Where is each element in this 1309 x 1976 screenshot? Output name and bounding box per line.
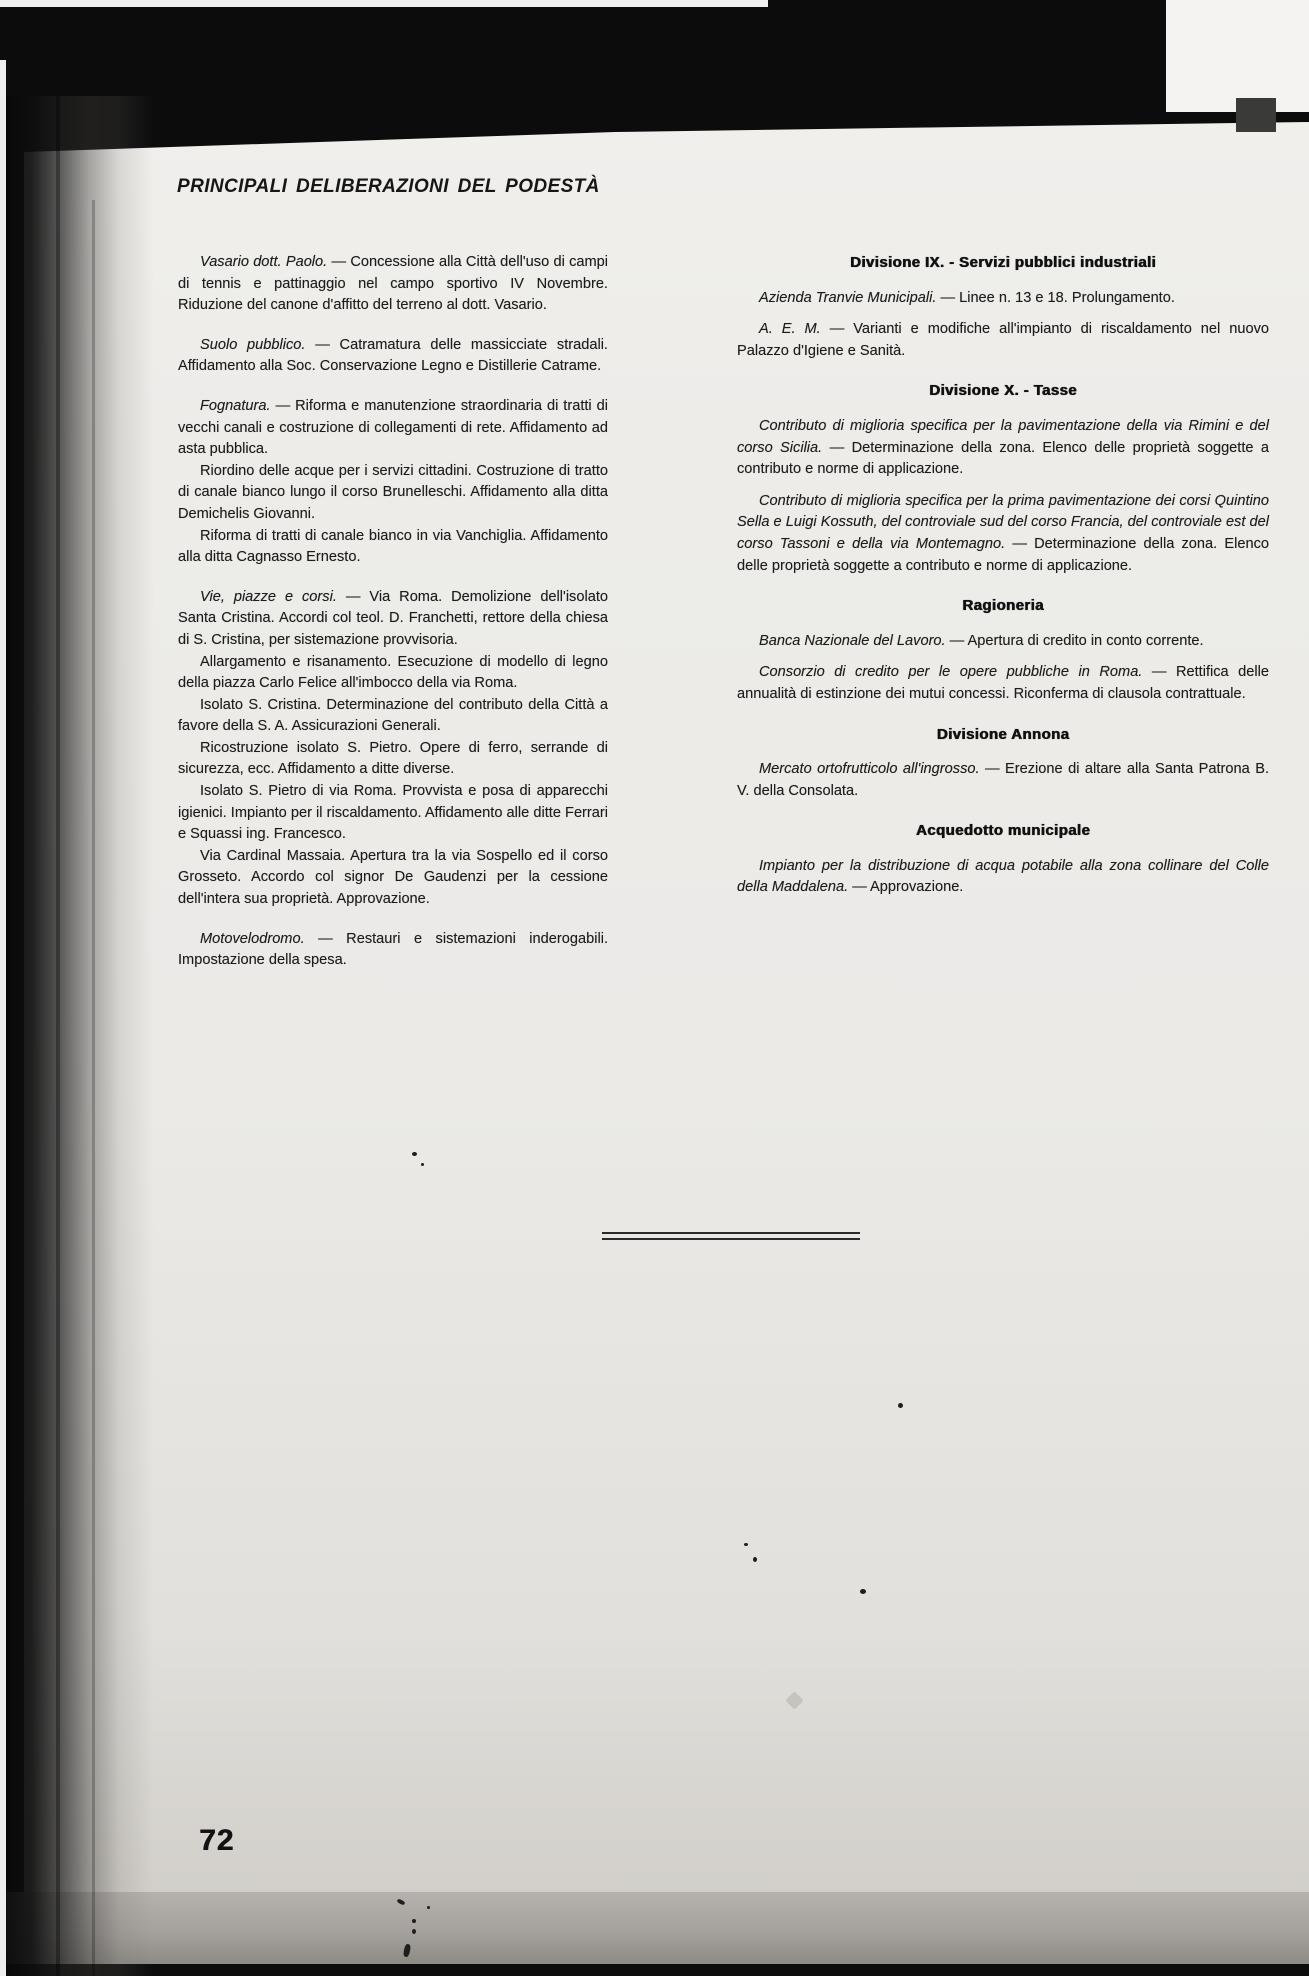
lead-phrase: Banca Nazionale del Lavoro.: [759, 633, 946, 649]
paragraph: Isolato S. Cristina. Determinazione del …: [178, 695, 608, 738]
section-divisione-annona: Divisione Annona Mercato ortofrutticolo …: [737, 724, 1269, 803]
lead-phrase: A. E. M.: [759, 321, 821, 337]
ink-speck: [898, 1403, 903, 1408]
ink-speck: [744, 1543, 748, 1546]
ink-speck: [753, 1557, 757, 1562]
section-acquedotto-municipale: Acquedotto municipale Impianto per la di…: [737, 820, 1269, 899]
ink-speck: [397, 1898, 406, 1905]
paragraph: Riforma di tratti di canale bianco in vi…: [178, 526, 608, 569]
paragraph-text: — Approvazione.: [852, 879, 963, 895]
paragraph: Isolato S. Pietro di via Roma. Provvista…: [178, 781, 608, 846]
ink-speck: [412, 1919, 416, 1923]
lead-phrase: Impianto per la distribuzione di acqua p…: [737, 858, 1269, 896]
ink-speck: [412, 1929, 416, 1934]
paragraph: Azienda Tranvie Municipali. — Linee n. 1…: [737, 288, 1269, 310]
page-content: PRINCIPALI DELIBERAZIONI DEL PODESTÀ Vas…: [0, 0, 1309, 1976]
section-heading: Divisione IX. - Servizi pubblici industr…: [737, 252, 1269, 274]
paragraph: Contributo di miglioria specifica per la…: [737, 491, 1269, 577]
ink-speck: [427, 1906, 430, 1909]
paragraph: Motovelodromo. — Restauri e sistemazioni…: [178, 929, 608, 972]
page-number: 72: [199, 1824, 234, 1858]
paragraph: Vasario dott. Paolo. — Concessione alla …: [178, 252, 608, 317]
paragraph-text: — Linee n. 13 e 18. Prolungamento.: [940, 290, 1174, 306]
separator-rule: [602, 1232, 860, 1240]
paragraph-text: Riforma di tratti di canale bianco in vi…: [178, 528, 608, 566]
section-heading: Divisione Annona: [737, 724, 1269, 746]
paragraph: Mercato ortofrutticolo all'ingrosso. — E…: [737, 759, 1269, 802]
paragraph: Consorzio di credito per le opere pubbli…: [737, 662, 1269, 705]
paragraph: Vie, piazze e corsi. — Via Roma. Demoliz…: [178, 587, 608, 652]
ink-speck: [403, 1944, 412, 1958]
section-divisione-ix: Divisione IX. - Servizi pubblici industr…: [737, 252, 1269, 362]
paragraph-text: Isolato S. Pietro di via Roma. Provvista…: [178, 783, 608, 842]
paragraph-text: Riordino delle acque per i servizi citta…: [178, 463, 608, 522]
ink-speck: [412, 1152, 417, 1156]
page-title: PRINCIPALI DELIBERAZIONI DEL PODESTÀ: [177, 176, 600, 198]
ink-speck: [421, 1163, 424, 1166]
left-edge-strip: [0, 60, 6, 1976]
lead-phrase: Fognatura.: [200, 398, 271, 414]
lead-phrase: Vie, piazze e corsi.: [200, 589, 337, 605]
paragraph: Via Cardinal Massaia. Apertura tra la vi…: [178, 846, 608, 911]
lead-phrase: Consorzio di credito per le opere pubbli…: [759, 664, 1142, 680]
section-heading: Acquedotto municipale: [737, 820, 1269, 842]
lead-phrase: Motovelodromo.: [200, 931, 305, 947]
gutter-streak: [56, 96, 60, 1976]
paragraph-text: Isolato S. Cristina. Determinazione del …: [178, 697, 608, 735]
paragraph: Suolo pubblico. — Catramatura delle mass…: [178, 335, 608, 378]
paragraph-text: — Apertura di credito in conto corrente.: [950, 633, 1204, 649]
paragraph: Impianto per la distribuzione di acqua p…: [737, 856, 1269, 899]
gutter-streak: [92, 200, 95, 1976]
paragraph: Allargamento e risanamento. Esecuzione d…: [178, 652, 608, 695]
paragraph: Ricostruzione isolato S. Pietro. Opere d…: [178, 738, 608, 781]
paragraph: Banca Nazionale del Lavoro. — Apertura d…: [737, 631, 1269, 653]
section-divisione-x: Divisione X. - Tasse Contributo di migli…: [737, 380, 1269, 577]
paragraph: Contributo di miglioria specifica per la…: [737, 416, 1269, 481]
scan-top-strip: [0, 0, 768, 7]
paragraph: A. E. M. — Varianti e modifiche all'impi…: [737, 319, 1269, 362]
left-column: Vasario dott. Paolo. — Concessione alla …: [178, 252, 608, 972]
paragraph: Fognatura. — Riforma e manutenzione stra…: [178, 396, 608, 461]
paragraph-text: Allargamento e risanamento. Esecuzione d…: [178, 654, 608, 692]
lead-phrase: Mercato ortofrutticolo all'ingrosso.: [759, 761, 980, 777]
lead-phrase: Vasario dott. Paolo.: [200, 254, 327, 270]
lead-phrase: Azienda Tranvie Municipali.: [759, 290, 936, 306]
section-heading: Divisione X. - Tasse: [737, 380, 1269, 402]
paragraph-text: Via Cardinal Massaia. Apertura tra la vi…: [178, 848, 608, 907]
paragraph-text: Ricostruzione isolato S. Pietro. Opere d…: [178, 740, 608, 778]
lead-phrase: Suolo pubblico.: [200, 337, 305, 353]
section-heading: Ragioneria: [737, 595, 1269, 617]
right-column: Divisione IX. - Servizi pubblici industr…: [737, 252, 1269, 909]
ink-speck: [860, 1589, 866, 1594]
paragraph: Riordino delle acque per i servizi citta…: [178, 461, 608, 526]
section-ragioneria: Ragioneria Banca Nazionale del Lavoro. —…: [737, 595, 1269, 705]
ink-speck: [785, 1691, 803, 1709]
